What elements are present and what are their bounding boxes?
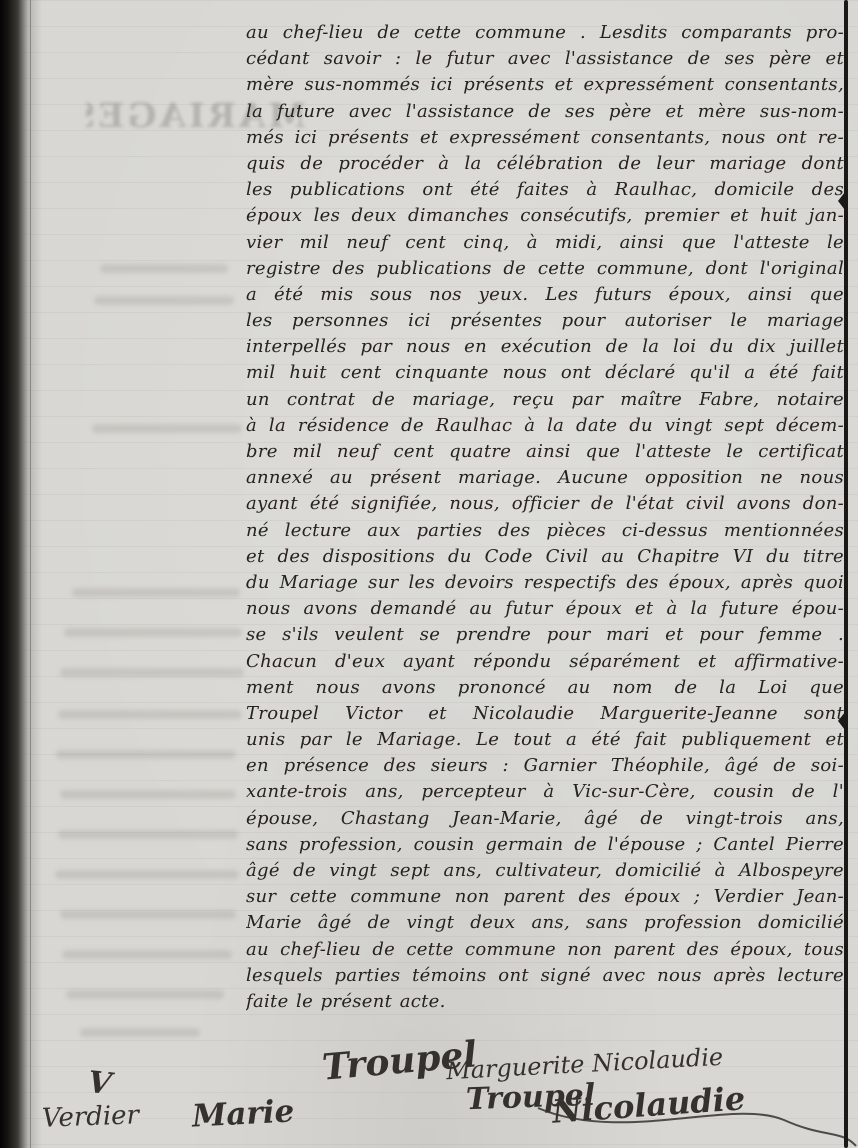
- bleed-through-smudge: [100, 264, 228, 273]
- manuscript-line: Chacun d'eux ayant répondu séparément et…: [246, 649, 844, 675]
- manuscript-line: Marie âgé de vingt deux ans, sans profes…: [246, 910, 844, 936]
- manuscript-line: au chef-lieu de cette commune . Lesdits …: [246, 20, 844, 46]
- manuscript-line: épouse, Chastang Jean-Marie, âgé de ving…: [246, 806, 844, 832]
- manuscript-line: âgé de vingt sept ans, cultivateur, domi…: [246, 858, 844, 884]
- civil-register-page-scan: MARIAGES au chef-lieu de cette commune .…: [0, 0, 858, 1148]
- manuscript-line: et des dispositions du Code Civil au Cha…: [246, 544, 844, 570]
- manuscript-line: sans profession, cousin germain de l'épo…: [246, 832, 844, 858]
- manuscript-line: interpellés par nous en exécution de la …: [246, 334, 844, 360]
- bleed-through-smudge: [60, 910, 236, 919]
- manuscript-line: né lecture aux parties des pièces ci-des…: [246, 518, 844, 544]
- manuscript-line: més ici présents et expressément consent…: [246, 125, 844, 151]
- manuscript-line: quis de procéder à la célébration de leu…: [246, 151, 844, 177]
- signature-marie: Marie: [191, 1093, 295, 1134]
- manuscript-line: vier mil neuf cent cinq, à midi, ainsi q…: [246, 230, 844, 256]
- manuscript-line: faite le présent acte.: [246, 989, 844, 1015]
- manuscript-line: annexé au présent mariage. Aucune opposi…: [246, 465, 844, 491]
- manuscript-line: nous avons demandé au futur époux et à l…: [246, 596, 844, 622]
- bleed-through-smudge: [62, 950, 232, 959]
- bleed-through-smudge: [80, 1028, 200, 1037]
- bleed-through-smudge: [92, 424, 242, 433]
- bleed-through-smudge: [58, 710, 242, 719]
- manuscript-line: la future avec l'assistance de ses père …: [246, 99, 844, 125]
- bleed-through-smudge: [72, 588, 240, 597]
- manuscript-line: se s'ils veulent se prendre pour mari et…: [246, 622, 844, 648]
- manuscript-line: a été mis sous nos yeux. Les futurs épou…: [246, 282, 844, 308]
- manuscript-line: un contrat de mariage, reçu par maître F…: [246, 387, 844, 413]
- bleed-through-smudge: [94, 296, 234, 305]
- manuscript-line: mère sus-nommés ici présents et expressé…: [246, 72, 844, 98]
- signature-verdier: Verdier: [42, 1100, 140, 1133]
- bleed-through-smudge: [58, 830, 238, 839]
- manuscript-line: époux les deux dimanches consécutifs, pr…: [246, 203, 844, 229]
- marriage-act-text-block: au chef-lieu de cette commune . Lesdits …: [246, 20, 844, 1015]
- bleed-through-smudge: [56, 750, 236, 759]
- bleed-through-smudge: [64, 628, 242, 637]
- margin-rule-line: [844, 0, 848, 1148]
- manuscript-line: mil huit cent cinquante nous ont déclaré…: [246, 360, 844, 386]
- manuscript-line: cédant savoir : le futur avec l'assistan…: [246, 46, 844, 72]
- manuscript-line: du Mariage sur les devoirs respectifs de…: [246, 570, 844, 596]
- manuscript-line: sur cette commune non parent des époux ;…: [246, 884, 844, 910]
- manuscript-line: bre mil neuf cent quatre ainsi que l'att…: [246, 439, 844, 465]
- manuscript-line: à la résidence de Raulhac à la date du v…: [246, 413, 844, 439]
- manuscript-line: en présence des sieurs : Garnier Théophi…: [246, 753, 844, 779]
- manuscript-line: registre des publications de cette commu…: [246, 256, 844, 282]
- signature-paraph-mark: V: [86, 1065, 113, 1102]
- manuscript-line: xante-trois ans, percepteur à Vic-sur-Cè…: [246, 779, 844, 805]
- bleed-through-smudge: [55, 870, 239, 879]
- manuscript-line: unis par le Mariage. Le tout a été fait …: [246, 727, 844, 753]
- bleed-through-smudge: [60, 668, 244, 677]
- bleed-through-smudge: [60, 790, 236, 799]
- manuscript-line: ayant été signifiée, nous, officier de l…: [246, 491, 844, 517]
- manuscript-line: les personnes ici présentes pour autoris…: [246, 308, 844, 334]
- manuscript-line: lesquels parties témoins ont signé avec …: [246, 963, 844, 989]
- signature-flourish-stroke: [532, 1092, 858, 1148]
- manuscript-line: les publications ont été faites à Raulha…: [246, 177, 844, 203]
- binding-gutter-shadow: [0, 0, 42, 1148]
- manuscript-line: Troupel Victor et Nicolaudie Marguerite-…: [246, 701, 844, 727]
- page-edge-line: [30, 0, 31, 1148]
- manuscript-line: ment nous avons prononcé au nom de la Lo…: [246, 675, 844, 701]
- manuscript-line: au chef-lieu de cette commune non parent…: [246, 937, 844, 963]
- bleed-through-smudge: [66, 990, 224, 999]
